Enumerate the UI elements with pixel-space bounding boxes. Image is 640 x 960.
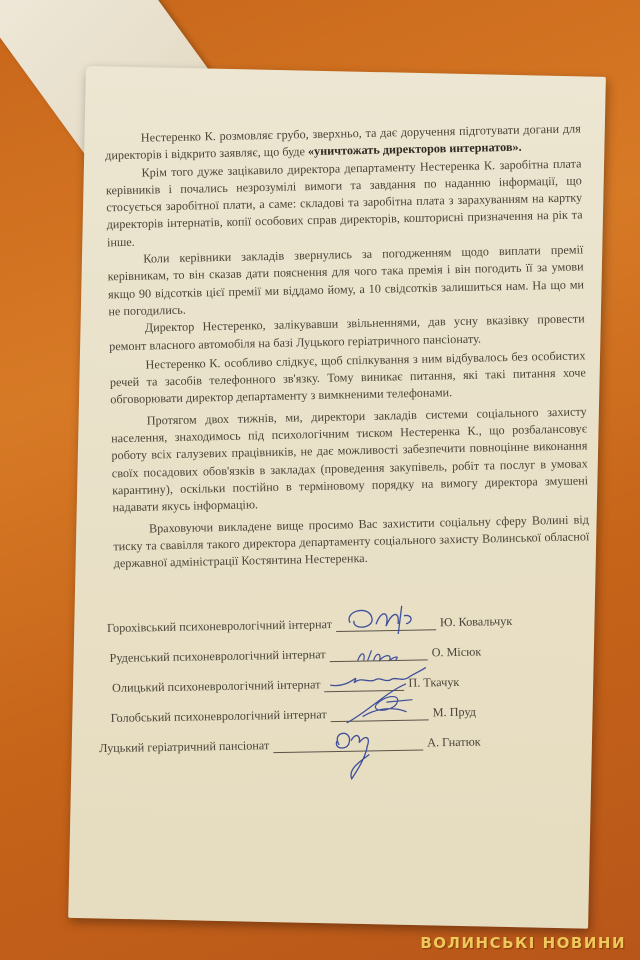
bold-quote: «уничтожать директоров интернатов». [308,140,522,158]
paragraph-7: Враховуючи викладене вище просимо Вас за… [113,511,590,573]
paragraph-3: Коли керівники закладів звернулись за по… [107,241,584,320]
signature-line [330,645,428,662]
signatory-name: А. Гнатюк [427,735,481,751]
signature-line [331,705,429,722]
paragraph-6: Протягом двох тижнів, ми, директори закл… [111,403,589,517]
signature-line [273,736,423,754]
signatory-name: М. Пруд [433,705,476,721]
paragraph-5: Нестеренко К. особливо слідкує, щоб спіл… [109,347,586,409]
signature-icon [325,724,386,781]
signatory-name: Ю. Ковальчук [440,614,512,630]
signature-block: Горохівський психоневрологічний інтернат… [93,598,576,756]
paragraph-2: Крім того дуже зацікавило директора депа… [105,155,583,251]
signature-line [336,615,436,632]
document-page: Нестеренко К. розмовляє грубо, зверхньо,… [68,66,606,929]
signatory-name: О. Місюк [432,644,482,660]
publisher-watermark: ВОЛИНСЬКІ НОВИНИ [420,934,626,952]
institution-name: Луцький геріатричний пансіонат [99,738,269,756]
letter-body: Нестеренко К. розмовляє грубо, зверхньо,… [105,120,590,572]
